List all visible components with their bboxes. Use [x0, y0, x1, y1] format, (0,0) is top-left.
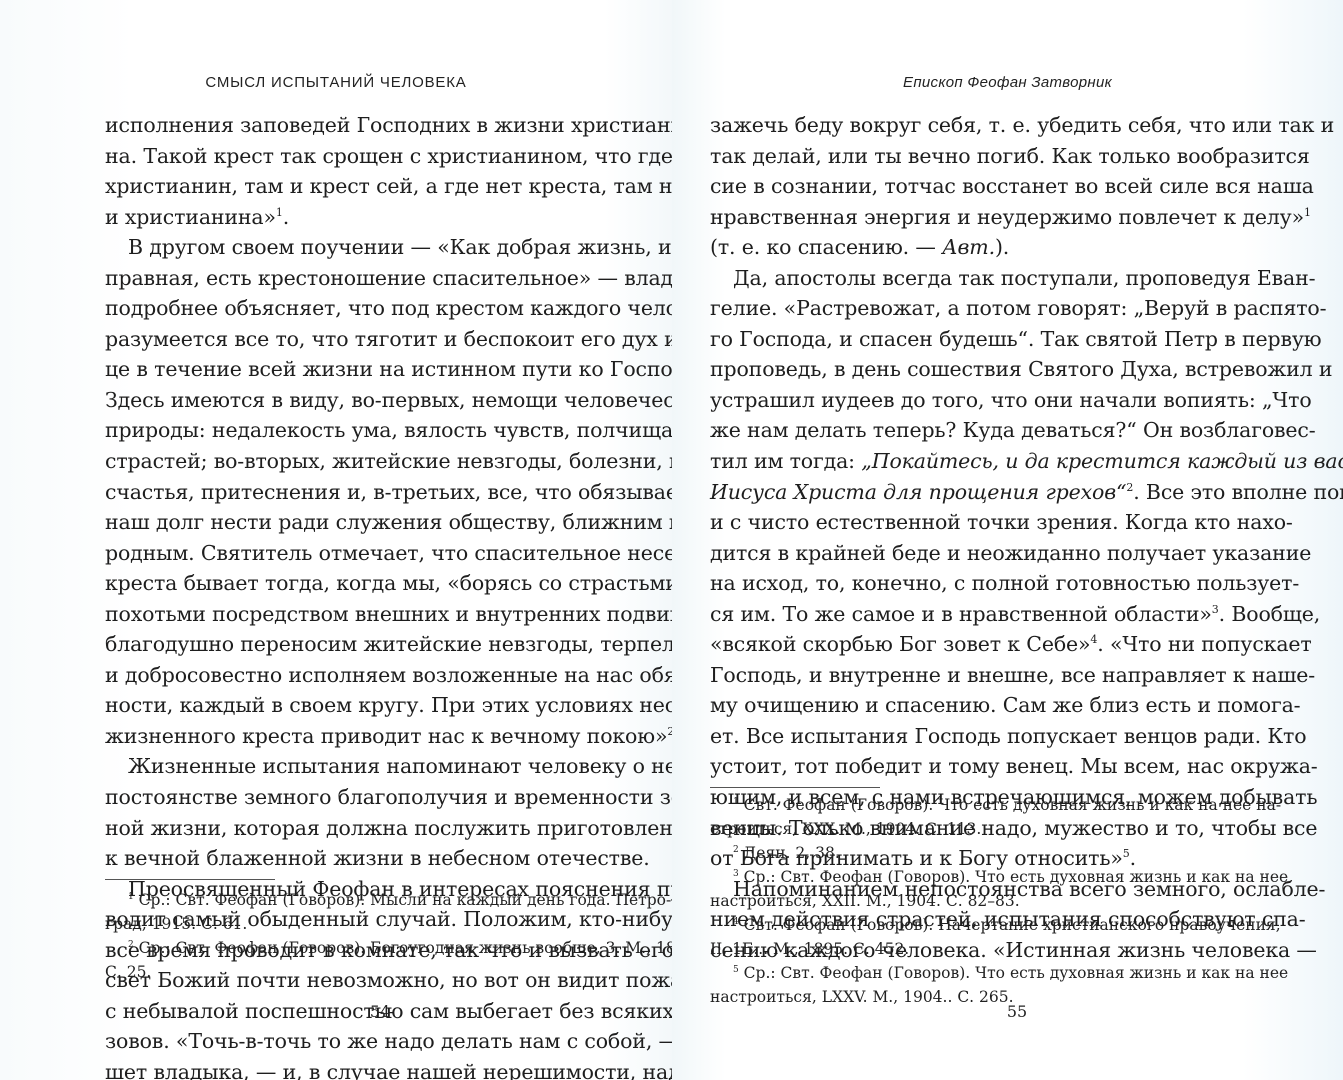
footnote-line: 1 Ср.: Свт. Феофан (Говоров). Мысли на к… — [105, 888, 650, 912]
footnote-ref: 2 — [1126, 481, 1133, 494]
right-footnotes: 1 Свт. Феофан (Говоров). Что есть духовн… — [710, 793, 1260, 1009]
footnote-ref: 1 — [276, 206, 283, 219]
text-line: ной жизни, которая должна послужить приг… — [105, 813, 650, 844]
italic-text: „Покайтесь, и да крестится каждый из вас… — [861, 449, 1343, 473]
text-line: це в течение всей жизни на истинном пути… — [105, 354, 650, 385]
text-line: природы: недалекость ума, вялость чувств… — [105, 415, 650, 446]
text-line: подробнее объясняет, что под крестом каж… — [105, 293, 650, 324]
italic-text: Иисуса Христа для прощения грехов“ — [710, 480, 1126, 504]
text-line: на исход, то, конечно, с полной готовнос… — [710, 568, 1260, 599]
text-line: же нам делать теперь? Куда деваться?“ Он… — [710, 415, 1260, 446]
text-line: Жизненные испытания напоминают человеку … — [105, 751, 650, 782]
running-head-right: Епископ Феофан Затворник — [672, 74, 1343, 91]
text-line: устрашил иудеев до того, что они начали … — [710, 385, 1260, 416]
text-line: так делай, или ты вечно погиб. Как тольк… — [710, 141, 1260, 172]
footnote-line: град, 1915. С. 61. — [105, 912, 650, 936]
text-line: родным. Святитель отмечает, что спасител… — [105, 538, 650, 569]
text-line: дится в крайней беде и неожиданно получа… — [710, 538, 1260, 569]
text-line: устоит, тот победит и тому венец. Мы все… — [710, 751, 1260, 782]
footnote-line: 3 Ср.: Свт. Феофан (Говоров). Что есть д… — [710, 865, 1260, 889]
text-line: нравственная энергия и неудержимо повлеч… — [710, 202, 1260, 233]
text-line: тил им тогда: „Покайтесь, и да крестится… — [710, 446, 1260, 477]
text-line: разумеется все то, что тяготит и беспоко… — [105, 324, 650, 355]
footnote-line: 4 Свт. Феофан (Говоров). Начертание хрис… — [710, 913, 1260, 937]
footnote-mark: 3 — [733, 869, 739, 879]
page-number-right: 55 — [672, 1002, 1343, 1021]
text-line: похотьми посредством внешних и внутренни… — [105, 599, 650, 630]
text-line: Да, апостолы всегда так поступали, пропо… — [710, 263, 1260, 294]
text-line: постоянстве земного благополучия и време… — [105, 782, 650, 813]
text-line: благодушно переносим житейские невзгоды,… — [105, 629, 650, 660]
footnote-line: 5 Ср.: Свт. Феофан (Говоров). Что есть д… — [710, 961, 1260, 985]
footnote-rule — [710, 787, 880, 788]
text-line: на. Такой крест так срощен с христианино… — [105, 141, 650, 172]
footnote-mark: 2 — [733, 845, 739, 855]
text-line: зажечь беду вокруг себя, т. е. убедить с… — [710, 110, 1260, 141]
text-line: сие в сознании, тотчас восстанет во всей… — [710, 171, 1260, 202]
text-line: правная, есть крестоношение спасительное… — [105, 263, 650, 294]
footnote-rule — [105, 879, 275, 880]
left-footnotes: 1 Ср.: Свт. Феофан (Говоров). Мысли на к… — [105, 888, 650, 984]
text-line: христианин, там и крест сей, а где нет к… — [105, 171, 650, 202]
text-line: го Господа, и спасен будешь“. Так святой… — [710, 324, 1260, 355]
right-page: Епископ Феофан Затворник зажечь беду вок… — [672, 0, 1343, 1080]
footnote-line: 1 Свт. Феофан (Говоров). Что есть духовн… — [710, 793, 1260, 817]
page-number-left: 54 — [0, 1002, 760, 1021]
text-line: наш долг нести ради служения обществу, б… — [105, 507, 650, 538]
text-line: В другом своем поучении — «Как добрая жи… — [105, 232, 650, 263]
italic-text: Авт. — [942, 235, 995, 259]
footnote-line: II, 1Б... М., 1895. С. 452. — [710, 937, 1260, 961]
text-line: и добросовестно исполняем возложенные на… — [105, 660, 650, 691]
left-page: СМЫСЛ ИСПЫТАНИЙ ЧЕЛОВЕКА исполнения запо… — [0, 0, 672, 1080]
text-line: Иисуса Христа для прощения грехов“2. Все… — [710, 477, 1260, 508]
footnote-ref: 3 — [1212, 603, 1219, 616]
footnote-mark: 5 — [733, 965, 739, 975]
book-spread: СМЫСЛ ИСПЫТАНИЙ ЧЕЛОВЕКА исполнения запо… — [0, 0, 1343, 1080]
text-line: проповедь, в день сошествия Святого Духа… — [710, 354, 1260, 385]
footnote-mark: 1 — [733, 797, 739, 807]
footnote-line: 2 Ср.: Свт. Феофан (Говоров). Богоугодна… — [105, 936, 650, 960]
text-line: му очищению и спасению. Сам же близ есть… — [710, 690, 1260, 721]
footnote-line: 2 Деян. 2, 38. — [710, 841, 1260, 865]
text-line: гелие. «Растревожат, а потом говорят: „В… — [710, 293, 1260, 324]
text-line: «всякой скорбью Бог зовет к Себе»4. «Что… — [710, 629, 1260, 660]
text-line: креста бывает тогда, когда мы, «борясь с… — [105, 568, 650, 599]
text-line: ся им. То же самое и в нравственной обла… — [710, 599, 1260, 630]
text-line: ности, каждый в своем кругу. При этих ус… — [105, 690, 650, 721]
text-line: (т. е. ко спасению. — Авт.). — [710, 232, 1260, 263]
footnote-ref: 4 — [1090, 633, 1097, 646]
footnote-ref: 1 — [1304, 206, 1311, 219]
text-line: счастья, притеснения и, в-третьих, все, … — [105, 477, 650, 508]
footnote-mark: 4 — [733, 917, 739, 927]
running-head-left: СМЫСЛ ИСПЫТАНИЙ ЧЕЛОВЕКА — [0, 74, 672, 91]
text-line: жизненного креста приводит нас к вечному… — [105, 721, 650, 752]
footnote-line: С. 25. — [105, 960, 650, 984]
text-line: и с чисто естественной точки зрения. Ког… — [710, 507, 1260, 538]
text-line: и христианина»1. — [105, 202, 650, 233]
text-line: к вечной блаженной жизни в небесном отеч… — [105, 843, 650, 874]
footnote-line: настроиться, XXII. М., 1904. С. 82–83. — [710, 889, 1260, 913]
text-line: Господь, и внутренне и внешне, все напра… — [710, 660, 1260, 691]
text-line: страстей; во-вторых, житейские невзгоды,… — [105, 446, 650, 477]
text-line: ет. Все испытания Господь попускает венц… — [710, 721, 1260, 752]
footnote-mark: 1 — [128, 892, 134, 902]
text-line: Здесь имеются в виду, во-первых, немощи … — [105, 385, 650, 416]
text-line: зовов. «Точь-в-точь то же надо делать на… — [105, 1026, 650, 1057]
text-line: шет владыка, — и, в случае нашей нерешим… — [105, 1057, 650, 1080]
footnote-mark: 2 — [128, 940, 134, 950]
footnote-line: строиться, XXX. М., 1904. С. 113. — [710, 817, 1260, 841]
text-line: исполнения заповедей Господних в жизни х… — [105, 110, 650, 141]
